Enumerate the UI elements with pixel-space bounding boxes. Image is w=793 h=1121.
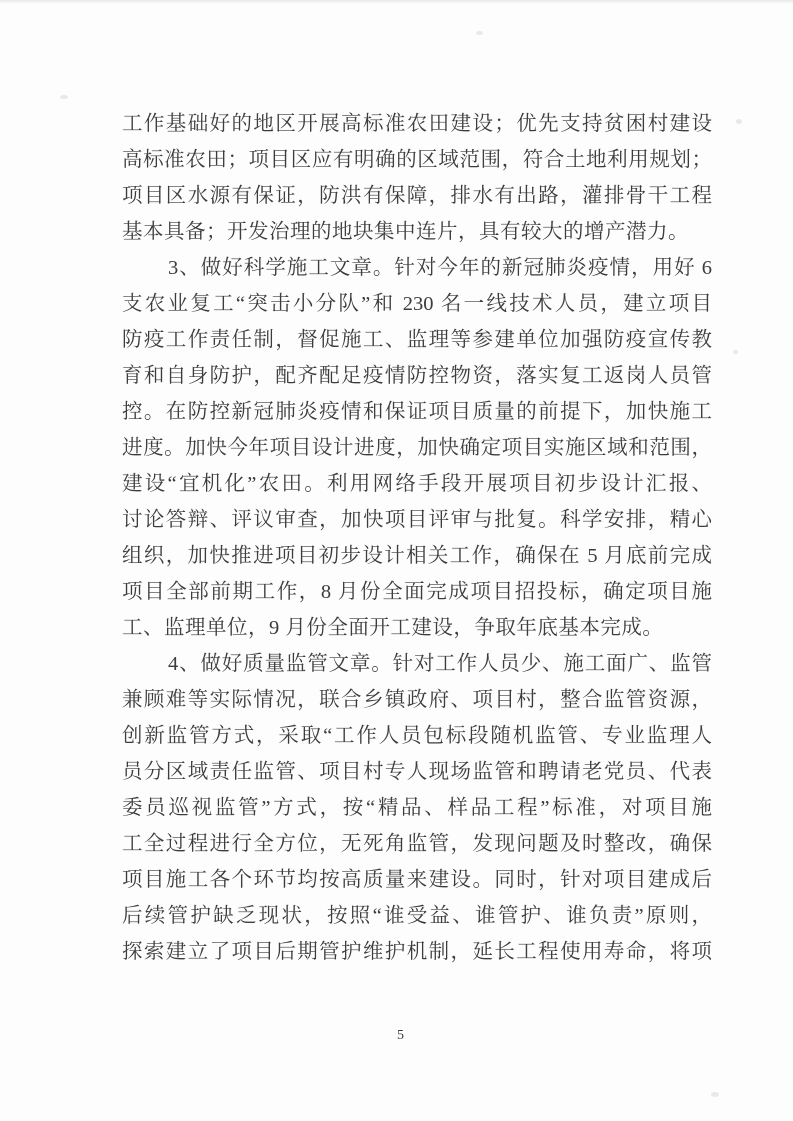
text-line: 工、监理单位，9 月份全面开工建设，争取年底基本完成。 [122, 610, 712, 646]
text-line: 项目区水源有保证，防洪有保障，排水有出路，灌排骨干工程 [122, 178, 712, 214]
text-line: 4、做好质量监管文章。针对工作人员少、施工面广、监管 [122, 646, 712, 682]
page-footer: 5 [0, 1026, 793, 1044]
text-line: 组织，加快推进项目初步设计相关工作，确保在 5 月底前完成 [122, 538, 712, 574]
text-block: 工作基础好的地区开展高标准农田建设；优先支持贫困村建设 高标准农田；项目区应有明… [122, 106, 712, 970]
scanned-document-page: 工作基础好的地区开展高标准农田建设；优先支持贫困村建设 高标准农田；项目区应有明… [0, 0, 793, 1121]
text-line: 项目施工各个环节均按高质量来建设。同时，针对项目建成后 [122, 862, 712, 898]
text-line: 后续管护缺乏现状，按照“谁受益、谁管护、谁负责”原则， [122, 898, 712, 934]
text-line: 控。在防控新冠肺炎疫情和保证项目质量的前提下，加快施工 [122, 394, 712, 430]
scan-artifact [476, 31, 483, 35]
scan-artifact [60, 95, 68, 99]
text-line: 工作基础好的地区开展高标准农田建设；优先支持贫困村建设 [122, 106, 712, 142]
text-line: 创新监管方式，采取“工作人员包标段随机监管、专业监理人 [122, 718, 712, 754]
text-line: 育和自身防护，配齐配足疫情防控物资，落实复工返岗人员管 [122, 358, 712, 394]
scan-artifact [733, 350, 738, 354]
page-number: 5 [389, 1028, 404, 1043]
scan-artifact [736, 119, 742, 124]
text-line: 基本具备；开发治理的地块集中连片，具有较大的增产潜力。 [122, 214, 712, 250]
text-line: 3、做好科学施工文章。针对今年的新冠肺炎疫情，用好 6 [122, 250, 712, 286]
text-line: 进度。加快今年项目设计进度，加快确定项目实施区域和范围， [122, 430, 712, 466]
text-line: 项目全部前期工作，8 月份全面完成项目招投标，确定项目施 [122, 574, 712, 610]
text-line: 探索建立了项目后期管护维护机制，延长工程使用寿命，将项 [122, 934, 712, 970]
scan-artifact [711, 1092, 719, 1097]
text-line: 兼顾难等实际情况，联合乡镇政府、项目村，整合监管资源， [122, 682, 712, 718]
text-line: 高标准农田；项目区应有明确的区域范围，符合土地利用规划； [122, 142, 712, 178]
text-line: 委员巡视监管”方式，按“精品、样品工程”标准，对项目施 [122, 790, 712, 826]
text-line: 工全过程进行全方位，无死角监管，发现问题及时整改，确保 [122, 826, 712, 862]
scan-edge-shadow [0, 0, 793, 4]
text-line: 防疫工作责任制，督促施工、监理等参建单位加强防疫宣传教 [122, 322, 712, 358]
text-line: 支农业复工“突击小分队”和 230 名一线技术人员，建立项目 [122, 286, 712, 322]
text-line: 建设“宜机化”农田。利用网络手段开展项目初步设计汇报、 [122, 466, 712, 502]
text-line: 员分区域责任监管、项目村专人现场监管和聘请老党员、代表 [122, 754, 712, 790]
text-line: 讨论答辩、评议审查，加快项目评审与批复。科学安排，精心 [122, 502, 712, 538]
